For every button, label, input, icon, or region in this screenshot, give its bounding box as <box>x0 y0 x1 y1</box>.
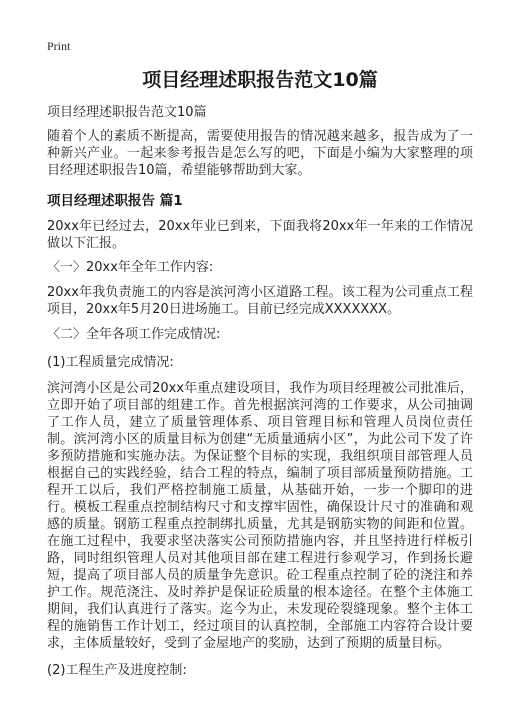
subheading-annual-work-content: 〈一〉20xx年全年工作内容: <box>47 259 473 276</box>
section-heading-part1: 项目经理述职报告 篇1 <box>47 193 473 210</box>
document-page: Print 项目经理述职报告范文10篇 项目经理述职报告范文10篇 随着个人的素… <box>0 0 520 718</box>
document-subtitle: 项目经理述职报告范文10篇 <box>47 104 473 121</box>
subheading-work-completion: 〈二〉全年各项工作完成情况: <box>47 326 473 343</box>
print-link[interactable]: Print <box>47 40 473 52</box>
annual-work-content-paragraph: 20xx年我负责施工的内容是滨河湾小区道路工程。该工程为公司重点工程项目，20x… <box>47 284 473 318</box>
intro-paragraph: 随着个人的素质不断提高，需要使用报告的情况越来越多，报告成为了一种新兴产业。一起… <box>47 128 473 179</box>
subheading-production-progress-control: (2)工程生产及进度控制: <box>47 662 473 679</box>
quality-completion-paragraph: 滨河湾小区是公司20xx年重点建设项目，我作为项目经理被公司批准后，立即开始了项… <box>47 380 473 652</box>
subheading-quality-completion: (1)工程质量完成情况: <box>47 354 473 371</box>
document-title: 项目经理述职报告范文10篇 <box>47 68 473 92</box>
opening-paragraph: 20xx年已经过去，20xx年业已到来，下面我将20xx年一年来的工作情况做以下… <box>47 218 473 252</box>
